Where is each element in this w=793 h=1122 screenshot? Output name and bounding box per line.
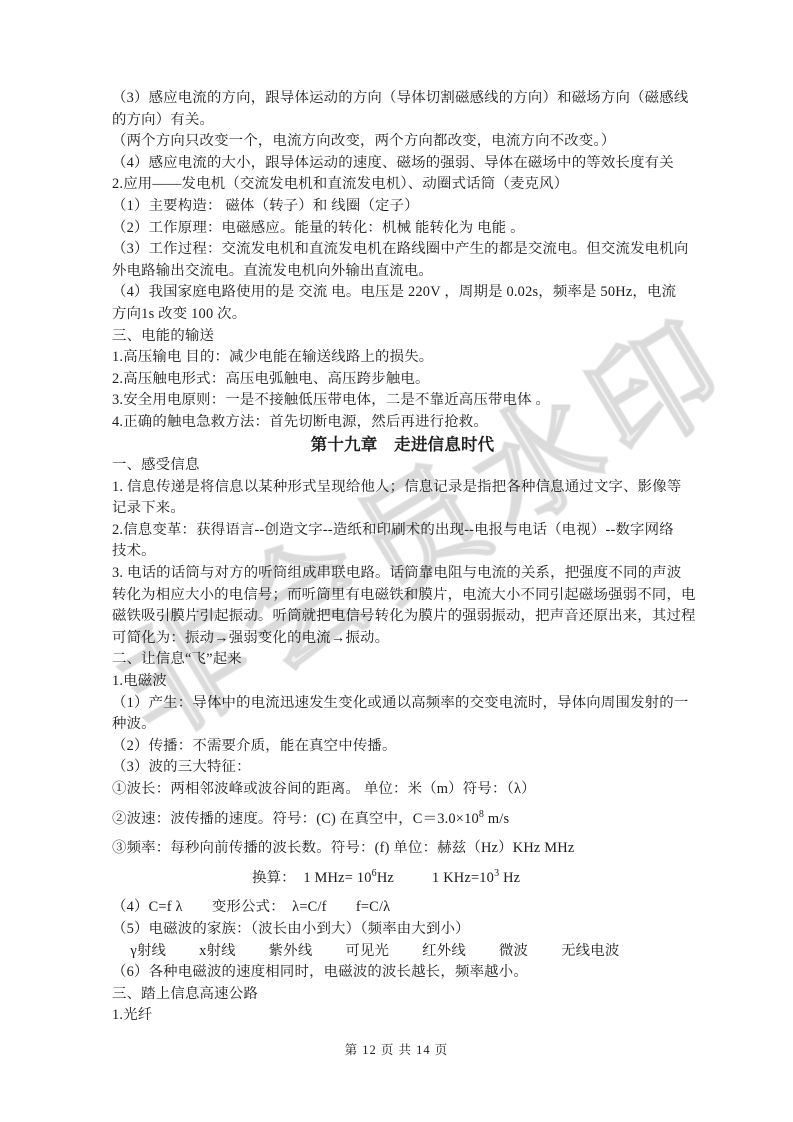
text-line: （3）感应电流的方向，跟导体运动的方向（导体切割磁感线的方向）和磁场方向（磁感线 bbox=[112, 88, 693, 110]
text-line: 磁铁吸引膜片引起振动。听筒就把电信号转化为膜片的强弱振动，把声音还原出来，其过程 bbox=[112, 606, 693, 628]
text-line: ③频率：每秒向前传播的波长数。符号：(f) 单位：赫兹（Hz）KHz MHz bbox=[112, 838, 693, 860]
text-line: （6）各种电磁波的速度相同时，电磁波的波长越长，频率越小。 bbox=[112, 962, 693, 984]
document-page: 非会员水印 （3）感应电流的方向，跟导体运动的方向（导体切割磁感线的方向）和磁场… bbox=[0, 0, 793, 1122]
text-line: （1）产生：导体中的电流迅速发生变化或通以高频率的交变电流时，导体向周围发射的一 bbox=[112, 693, 693, 715]
text-line: 一、感受信息 bbox=[112, 455, 693, 477]
text-line: 种波。 bbox=[112, 714, 693, 736]
text-line: （3）波的三大特征： bbox=[112, 757, 693, 779]
text-line: 1.电磁波 bbox=[112, 671, 693, 693]
text-line: γ射线 x射线 紫外线 可见光 红外线 微波 无线电波 bbox=[112, 941, 693, 963]
text-line: （2）工作原理：电磁感应。能量的转化：机械 能转化为 电能 。 bbox=[112, 218, 693, 240]
text-line: （2）传播：不需要介质，能在真空中传播。 bbox=[112, 736, 693, 758]
text-line: （两个方向只改变一个，电流方向改变，两个方向都改变，电流方向不改变。） bbox=[112, 131, 693, 153]
text-line: （4）我国家庭电路使用的是 交流 电。电压是 220V ，周期是 0.02s，频… bbox=[112, 282, 693, 304]
text-line: 2.应用——发电机（交流发电机和直流发电机）、动圈式话筒（麦克风） bbox=[112, 174, 693, 196]
text-line: 3.安全用电原则：一是不接触低压带电体，二是不靠近高压带电体 。 bbox=[112, 390, 693, 412]
text-line: （5）电磁波的家族：（波长由小到大）（频率由大到小） bbox=[112, 919, 693, 941]
text-line: （3）工作过程：交流发电机和直流发电机在路线圈中产生的都是交流电。但交流发电机向 bbox=[112, 239, 693, 261]
text-line: （1）主要构造： 磁体（转子）和 线圈（定子） bbox=[112, 196, 693, 218]
text-line: 1.高压输电 目的：减少电能在输送线路上的损失。 bbox=[112, 347, 693, 369]
text-line: 4.正确的触电急救方法：首先切断电源，然后再进行抢救。 bbox=[112, 412, 693, 434]
text-line: 外电路输出交流电。直流发电机向外输出直流电。 bbox=[112, 261, 693, 283]
text-line: 的方向）有关。 bbox=[112, 110, 693, 132]
text-line: ②波速：波传播的速度。符号：(C) 在真空中，C＝3.0×108 m/s bbox=[112, 809, 693, 831]
text-line: 记录下来。 bbox=[112, 498, 693, 520]
text-line: 方向1s 改变 100 次。 bbox=[112, 304, 693, 326]
text-line: 三、踏上信息高速公路 bbox=[112, 984, 693, 1006]
text-line: 3. 电话的话筒与对方的听筒组成串联电路。话筒靠电阻与电流的关系，把强度不同的声… bbox=[112, 563, 693, 585]
text-line: 二、让信息“飞”起来 bbox=[112, 649, 693, 671]
text-line: 换算： 1 MHz= 106Hz 1 KHz=103 Hz bbox=[112, 868, 693, 890]
page-number: 第 12 页 共 14 页 bbox=[0, 1040, 793, 1058]
text-line: ①波长：两相邻波峰或波谷间的距离。 单位：米（m）符号：（λ） bbox=[112, 779, 693, 801]
text-line: （4）C=f λ 变形公式： λ=C/f f=C/λ bbox=[112, 897, 693, 919]
document-body: （3）感应电流的方向，跟导体运动的方向（导体切割磁感线的方向）和磁场方向（磁感线… bbox=[112, 88, 693, 1027]
text-line: 可简化为：振动→强弱变化的电流→振动。 bbox=[112, 628, 693, 650]
text-line: 转化为相应大小的电信号；而听筒里有电磁铁和膜片，电流大小不同引起磁场强弱不同，电 bbox=[112, 585, 693, 607]
text-line: 2.高压触电形式：高压电弧触电、高压跨步触电。 bbox=[112, 369, 693, 391]
text-line: 1.光纤 bbox=[112, 1005, 693, 1027]
chapter-heading: 第十九章 走进信息时代 bbox=[112, 434, 693, 456]
text-line: （4）感应电流的大小，跟导体运动的速度、磁场的强弱、导体在磁场中的等效长度有关 bbox=[112, 153, 693, 175]
text-line: 三、电能的输送 bbox=[112, 326, 693, 348]
text-line: 技术。 bbox=[112, 541, 693, 563]
text-line: 2.信息变革：获得语言--创造文字--造纸和印刷术的出现--电报与电话（电视）-… bbox=[112, 520, 693, 542]
text-line: 1. 信息传递是将信息以某种形式呈现给他人；信息记录是指把各种信息通过文字、影像… bbox=[112, 477, 693, 499]
